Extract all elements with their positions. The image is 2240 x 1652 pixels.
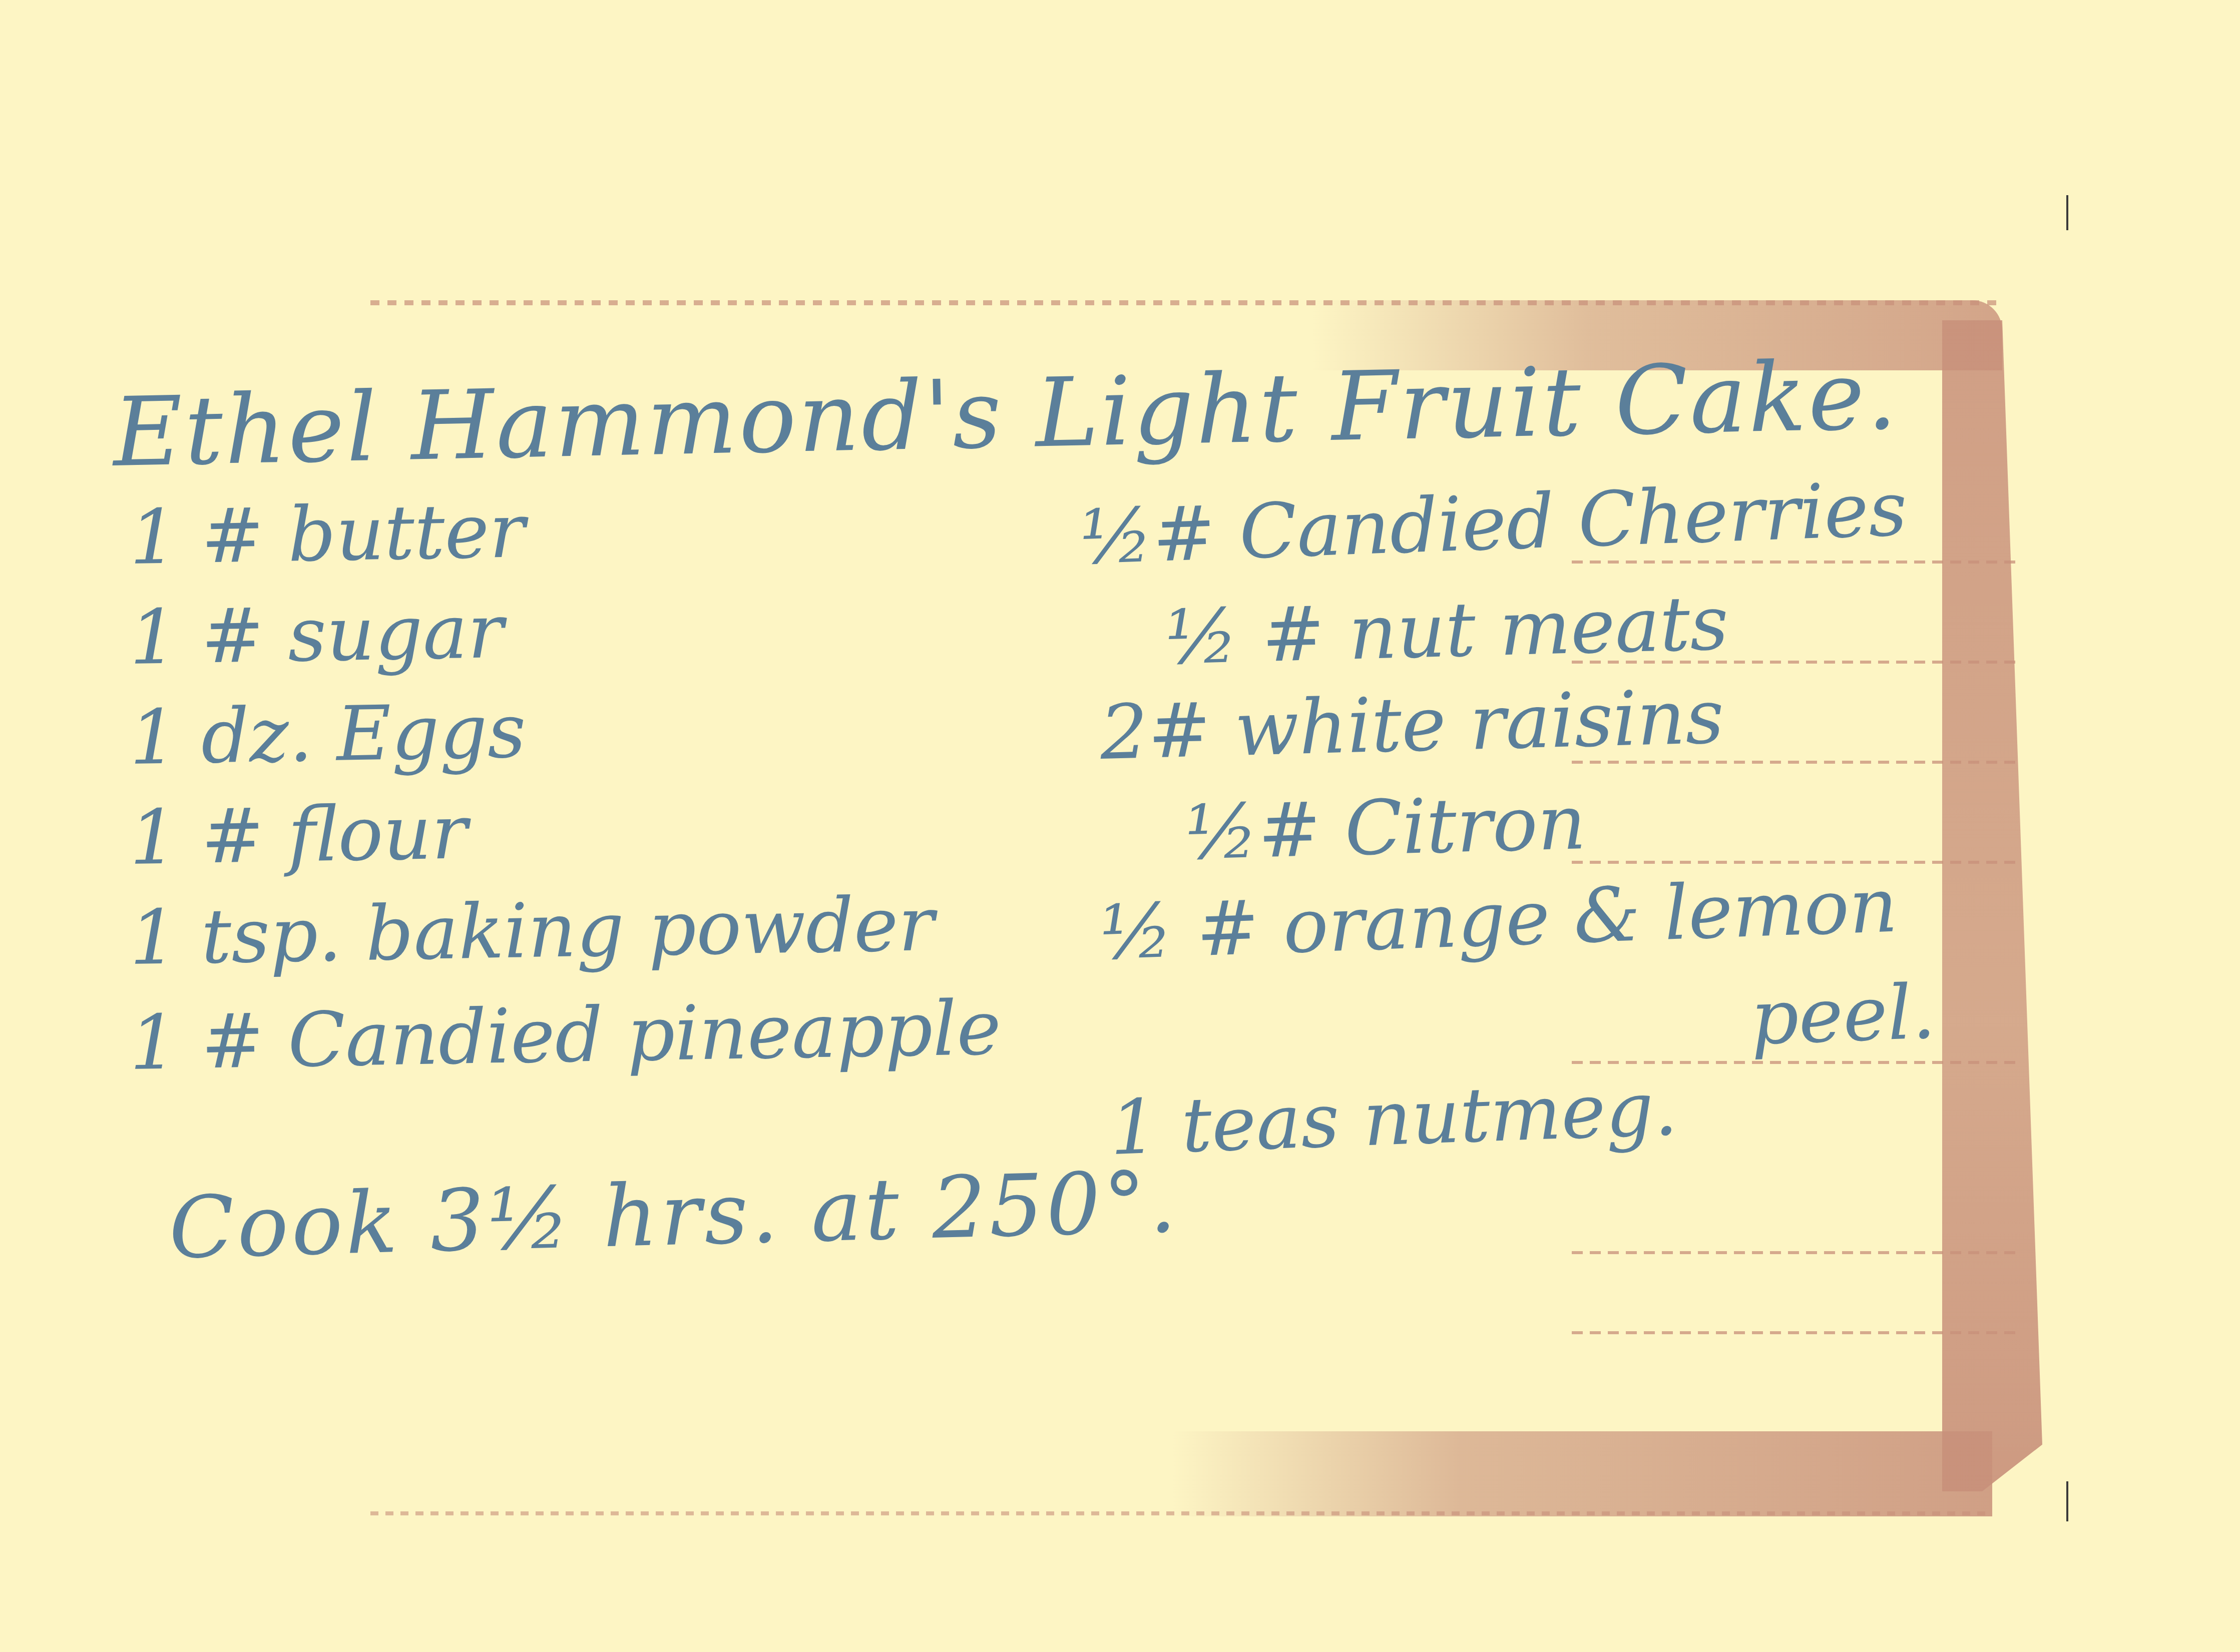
cooking-instructions: Cook 3½ hrs. at 250°. xyxy=(168,1160,1180,1271)
ingredient-item: 1 # butter xyxy=(129,493,526,576)
card-ruled-line xyxy=(1572,1251,2022,1254)
ingredient-item: 1 # flour xyxy=(129,795,468,876)
page-edge-mark xyxy=(2066,195,2068,230)
card-ruled-line xyxy=(1572,1331,2022,1334)
ingredient-item: 1 tsp. baking powder xyxy=(129,887,935,976)
ingredient-item: peel. xyxy=(1749,974,1937,1056)
ingredient-item: 1 dz. Eggs xyxy=(129,694,527,776)
card-bottom-edge xyxy=(370,1511,1992,1515)
ingredient-item: 1 teas nutmeg. xyxy=(1109,1071,1679,1166)
ingredient-item: ½ # nut meats xyxy=(1164,586,1729,676)
ingredient-item: 2# white raisins xyxy=(1099,679,1725,771)
card-ruled-line xyxy=(1572,1061,2022,1064)
ingredient-item: 1 # sugar xyxy=(129,594,504,676)
card-stain xyxy=(1942,320,2042,1491)
card-ruled-line xyxy=(1572,861,2022,864)
card-stain xyxy=(1171,1431,1992,1516)
ingredient-item: ½# Citron xyxy=(1184,785,1587,871)
page-edge-mark xyxy=(2066,1481,2068,1521)
ingredient-item: 1 # Candied pineapple xyxy=(129,991,1002,1081)
